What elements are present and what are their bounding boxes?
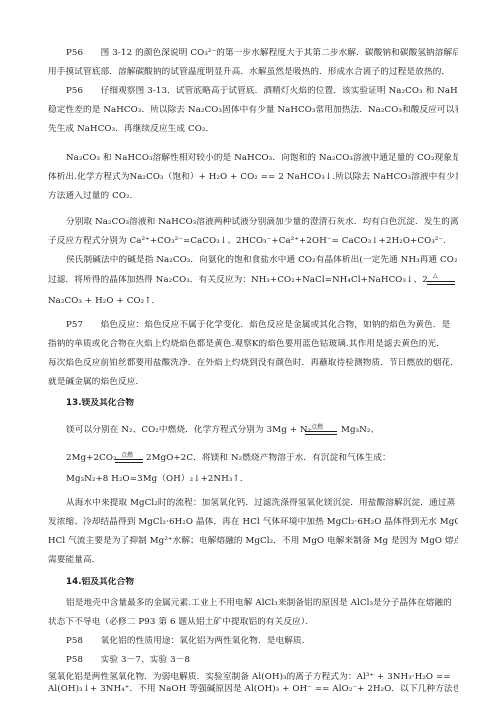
text-line: Al(OH)₃↓+ 3NH₄⁺．不用 NaOH 等强碱原因是 Al(OH)₃ +… [48,684,458,695]
text-line: 镁可以分别在 N₂、CO₂中燃烧．化学方程式分别为 3Mg + N₂ [66,425,346,436]
text-line: P58 氧化铝的性质用途：氧化铝为两性氧化物．是电解质． [66,636,458,647]
text-line: P58 实验 3－7、实验 3－8 [66,655,458,666]
text-line: P57 焰色反应：焰色反应不属于化学变化．焰色反应是金属或其化合物，如钠的焰色为… [66,320,458,331]
text-line: 子反应方程式分别为 Ca²⁺+CO₃²⁻=CaCO₃↓、2HCO₃⁻+Ca²⁺+… [48,236,458,247]
section-heading: 14.铝及其化合物 [66,577,458,588]
equation-product: Mg₃N₂、 [341,425,441,436]
text-line: 方法通入过量的 CO₂． [48,191,458,202]
text-line: 过滤．将所得的晶体加热得 Na₂CO₃．有关反应为：NH₃+CO₂+NaCl=N… [48,275,428,286]
equation-product: 2MgO+2C．将镁和 N₂燃烧产物溶于水．有沉淀和气体生成： [146,453,456,464]
text-line: 稳定性差的是 NaHCO₃．所以除去 Na₂CO₃固体中有少量 NaHCO₃常用… [48,105,458,116]
text-line: 氢氧化铝是两性氢氧化物．为弱电解质．实验室制备 Al(OH)₃的离子方程式为：A… [48,672,458,683]
text-line: 从海水中来提取 MgCl₂时的流程：加氢氧化钙．过滤洗涤得氢氧化镁沉淀．用盐酸溶… [66,498,458,509]
text-line: 先生成 NaHCO₃．再继续反应生成 CO₂． [48,124,458,135]
text-line: 侯氏制碱法中的碱是指 Na₂CO₃．向氨化的饱和食盐水中通 CO₂有晶体析出(一… [66,255,458,266]
text-line: Na₂CO₃ + H₂O + CO₂↑． [48,296,458,307]
section-heading: 13.镁及其化合物 [66,398,458,409]
reaction-arrow: 点燃 [305,430,337,436]
reaction-condition: 点燃 [311,422,323,431]
text-line: 体析出.化学方程式为Na₂CO₃（饱和）+ H₂O + CO₂ == 2 NaH… [48,172,458,183]
text-line: 状态下不导电（必修二 P93 第 6 题从铝土矿中提取铝的有关反应）． [48,617,458,628]
text-line: 铝是地壳中含量最多的金属元素.工业上不用电解 AlCl₃来制备铝的原因是 AlC… [66,598,458,609]
text-line: HCl 气流主要是为了抑制 Mg²⁺水解；电解熔融的 MgCl₂．不用 MgO … [48,536,458,547]
text-line: 需要能量高． [48,555,458,566]
text-line: 用手摸试管底部．溶解碳酸钠的试管温度明显升高．水解虽然是吸热的．形成水合离子的过… [48,67,458,78]
text-line: 指钠的单质或化合物在火焰上灼烧焰色都是黄色.观察K的焰色要用蓝色钴玻璃.其作用是… [48,339,458,350]
text-line: Na₂CO₃ 和 NaHCO₃溶解性相对较小的是 NaHCO₃．向饱和的 Na₂… [66,153,458,164]
text-line: 分别取 Na₂CO₃溶液和 NaHCO₃溶液两种试液分别滴加少量的澄清石灰水．均… [66,217,458,228]
text-line: 2Mg+2CO₂ [66,453,116,464]
text-line: P56 图 3-12 的颜色深说明 CO₃²⁻的第一步水解程度大于其第二步水解．… [66,48,458,59]
reaction-arrow: 点燃 [115,458,143,464]
text-line: 每次焰色反应前铂丝都要用盐酸洗净．在外焰上灼烧到没有颜色时．再蘸取待检测物质．节… [48,358,458,369]
text-line: Mg₃N₂+8 H₂O=3Mg（OH）₂↓+2NH₃↑． [66,474,458,485]
text-line: 就是碱金属的焰色反应． [48,377,458,388]
reaction-condition: 点燃 [121,450,133,459]
text-line: 发浓缩、冷却结晶得到 MgCl₂·6H₂O 晶体．再在 HCl 气体环境中加热 … [48,517,458,528]
reaction-arrow-heat: △ [427,280,455,286]
text-line: P56 仔细观察图 3-13．试管底略高于试管底．酒精灯火焰的位置．该实验证明 … [66,86,458,97]
document-page: P56 图 3-12 的颜色深说明 CO₃²⁻的第一步水解程度大于其第二步水解．… [0,0,500,707]
reaction-condition: △ [433,272,438,279]
